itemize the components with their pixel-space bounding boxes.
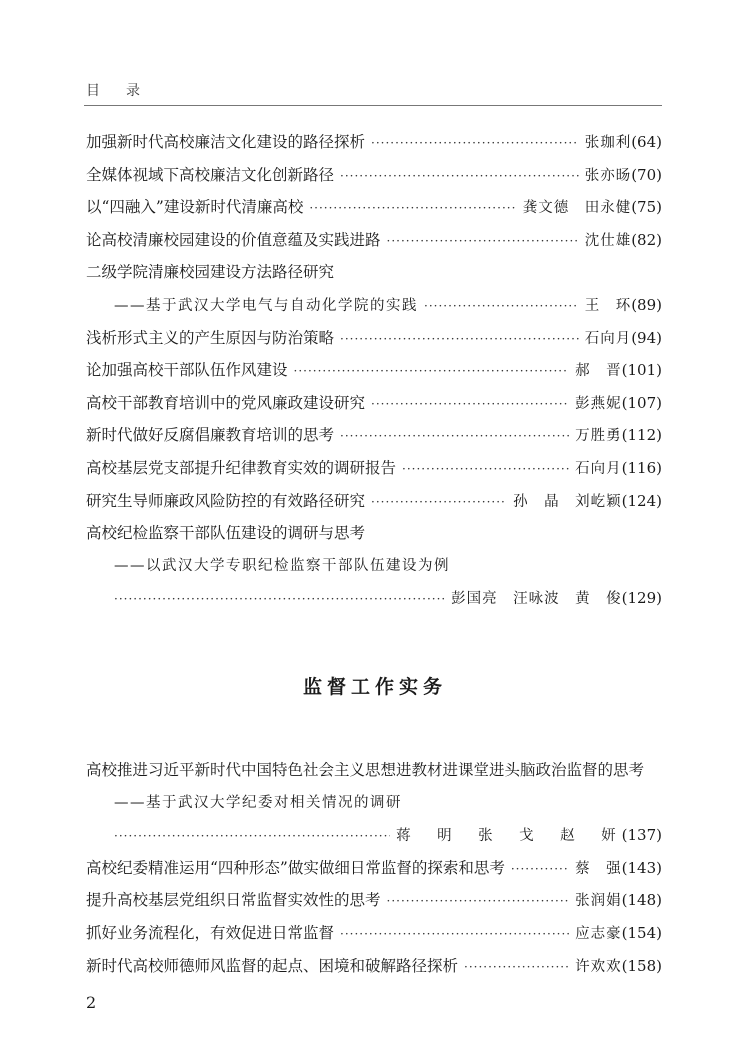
toc-section-b: 高校推进习近平新时代中国特色社会主义思想进教材进课堂进头脑政治监督的思考 ——基… [86, 754, 662, 982]
toc-entry[interactable]: 全媒体视域下高校廉洁文化创新路径 张亦旸 (70) [86, 159, 662, 192]
toc-section-a: 加强新时代高校廉洁文化建设的路径探析 张珈利 (64) 全媒体视域下高校廉洁文化… [86, 126, 662, 615]
toc-entry[interactable]: 高校干部教育培训中的党风廉政建设研究 彭燕妮 (107) [86, 387, 662, 420]
dot-leader [114, 583, 445, 616]
entry-page: (101) [622, 354, 662, 387]
entry-title: 抓好业务流程化，有效促进日常监督 [86, 917, 334, 950]
toc-entry-authors-line[interactable]: 彭国亮 汪咏波 黄 俊 (129) [86, 582, 662, 615]
dot-leader [511, 853, 569, 886]
dot-leader [340, 160, 579, 193]
toc-entry[interactable]: 论高校清廉校园建设的价值意蕴及实践进路 沈仕雄 (82) [86, 224, 662, 257]
entry-author: 龚文德 田永健 [523, 192, 632, 225]
entry-title: 新时代高校师德师风监督的起点、困境和破解路径探析 [86, 950, 458, 983]
entry-page: (116) [622, 452, 662, 485]
dot-leader [340, 323, 579, 356]
entry-title: 提升高校基层党组织日常监督实效性的思考 [86, 884, 381, 917]
toc-entry[interactable]: 新时代高校师德师风监督的起点、困境和破解路径探析 许欢欢 (158) [86, 950, 662, 983]
entry-page: (70) [631, 159, 662, 192]
entry-title: 二级学院清廉校园建设方法路径研究 [86, 256, 334, 289]
entry-author: 王 环 [585, 290, 632, 323]
dot-leader [387, 885, 570, 918]
dot-leader [309, 192, 516, 225]
toc-entry-title-only[interactable]: 高校推进习近平新时代中国特色社会主义思想进教材进课堂进头脑政治监督的思考 [86, 754, 662, 787]
entry-author: 彭国亮 汪咏波 黄 俊 [451, 583, 622, 616]
dot-leader [387, 225, 579, 258]
dot-leader [371, 388, 569, 421]
entry-subtitle: ——以武汉大学专职纪检监察干部队伍建设为例 [114, 550, 450, 583]
toc-entry-subtitle[interactable]: ——基于武汉大学纪委对相关情况的调研 [86, 787, 662, 820]
dot-leader [424, 290, 579, 323]
entry-author: 张亦旸 [585, 160, 632, 193]
entry-author: 蔡 强 [575, 853, 622, 886]
entry-page: (137) [622, 819, 662, 852]
entry-title: 论高校清廉校园建设的价值意蕴及实践进路 [86, 224, 381, 257]
dot-leader [340, 420, 569, 453]
entry-author: 石向月 [575, 453, 622, 486]
entry-page: (112) [622, 419, 662, 452]
toc-entry[interactable]: 提升高校基层党组织日常监督实效性的思考 张润娟 (148) [86, 884, 662, 917]
toc-entry[interactable]: 抓好业务流程化，有效促进日常监督 应志豪 (154) [86, 917, 662, 950]
dot-leader [464, 951, 569, 984]
entry-author: 应志豪 [575, 918, 622, 951]
header-rule [84, 105, 662, 106]
toc-entry-title-only[interactable]: 高校纪检监察干部队伍建设的调研与思考 [86, 517, 662, 550]
toc-entry[interactable]: 加强新时代高校廉洁文化建设的路径探析 张珈利 (64) [86, 126, 662, 159]
entry-title: 高校干部教育培训中的党风廉政建设研究 [86, 387, 365, 420]
entry-title: 研究生导师廉政风险防控的有效路径研究 [86, 485, 365, 518]
entry-page: (89) [631, 289, 662, 322]
entry-page: (129) [622, 582, 662, 615]
entry-title: 高校推进习近平新时代中国特色社会主义思想进教材进课堂进头脑政治监督的思考 [86, 754, 644, 787]
entry-subtitle: ——基于武汉大学电气与自动化学院的实践 [114, 290, 418, 323]
toc-entry[interactable]: 浅析形式主义的产生原因与防治策略 石向月 (94) [86, 322, 662, 355]
entry-author: 郝 晋 [575, 355, 622, 388]
entry-page: (75) [631, 191, 662, 224]
entry-author: 沈仕雄 [585, 225, 632, 258]
dot-leader [371, 127, 579, 160]
entry-author: 彭燕妮 [575, 388, 622, 421]
entry-title: 高校基层党支部提升纪律教育实效的调研报告 [86, 452, 396, 485]
entry-page: (154) [622, 917, 662, 950]
dot-leader [371, 486, 507, 519]
entry-author: 张珈利 [585, 127, 632, 160]
entry-title: 浅析形式主义的产生原因与防治策略 [86, 322, 334, 355]
toc-entry[interactable]: 研究生导师廉政风险防控的有效路径研究 孙 晶 刘屹颖 (124) [86, 485, 662, 518]
toc-entry-subtitle[interactable]: ——以武汉大学专职纪检监察干部队伍建设为例 [86, 550, 662, 583]
dot-leader [114, 820, 390, 853]
entry-author: 孙 晶 刘屹颖 [513, 486, 622, 519]
entry-title: 高校纪委精准运用“四种形态”做实做细日常监督的探索和思考 [86, 852, 505, 885]
dot-leader [294, 355, 570, 388]
toc-entry[interactable]: 高校基层党支部提升纪律教育实效的调研报告 石向月 (116) [86, 452, 662, 485]
entry-page: (124) [622, 485, 662, 518]
entry-author: 石向月 [585, 323, 632, 356]
entry-title: 论加强高校干部队伍作风建设 [86, 354, 288, 387]
dot-leader [402, 453, 569, 486]
entry-page: (82) [631, 224, 662, 257]
toc-entry[interactable]: 高校纪委精准运用“四种形态”做实做细日常监督的探索和思考 蔡 强 (143) [86, 852, 662, 885]
section-heading: 监督工作实务 [0, 672, 750, 699]
entry-title: 新时代做好反腐倡廉教育培训的思考 [86, 419, 334, 452]
entry-page: (64) [631, 126, 662, 159]
entry-title: 高校纪检监察干部队伍建设的调研与思考 [86, 517, 365, 550]
entry-author: 张润娟 [575, 885, 622, 918]
entry-page: (94) [631, 322, 662, 355]
entry-subtitle: ——基于武汉大学纪委对相关情况的调研 [114, 787, 402, 820]
running-head: 目录 [86, 80, 166, 100]
entry-page: (107) [622, 387, 662, 420]
toc-entry[interactable]: 论加强高校干部队伍作风建设 郝 晋 (101) [86, 354, 662, 387]
entry-title: 加强新时代高校廉洁文化建设的路径探析 [86, 126, 365, 159]
dot-leader [340, 918, 569, 951]
entry-author: 蒋 明 张 戈 赵 妍 [396, 820, 622, 853]
toc-entry[interactable]: 新时代做好反腐倡廉教育培训的思考 万胜勇 (112) [86, 419, 662, 452]
entry-title: 以“四融入”建设新时代清廉高校 [86, 191, 303, 224]
page-number: 2 [86, 993, 96, 1012]
entry-title: 全媒体视域下高校廉洁文化创新路径 [86, 159, 334, 192]
entry-author: 万胜勇 [575, 420, 622, 453]
entry-author: 许欢欢 [575, 951, 622, 984]
toc-entry-subtitle[interactable]: ——基于武汉大学电气与自动化学院的实践 王 环 (89) [86, 289, 662, 322]
entry-page: (143) [622, 852, 662, 885]
toc-entry-authors-line[interactable]: 蒋 明 张 戈 赵 妍 (137) [86, 819, 662, 852]
toc-entry-title-only[interactable]: 二级学院清廉校园建设方法路径研究 [86, 256, 662, 289]
entry-page: (148) [622, 884, 662, 917]
entry-page: (158) [622, 950, 662, 983]
toc-entry[interactable]: 以“四融入”建设新时代清廉高校 龚文德 田永健 (75) [86, 191, 662, 224]
